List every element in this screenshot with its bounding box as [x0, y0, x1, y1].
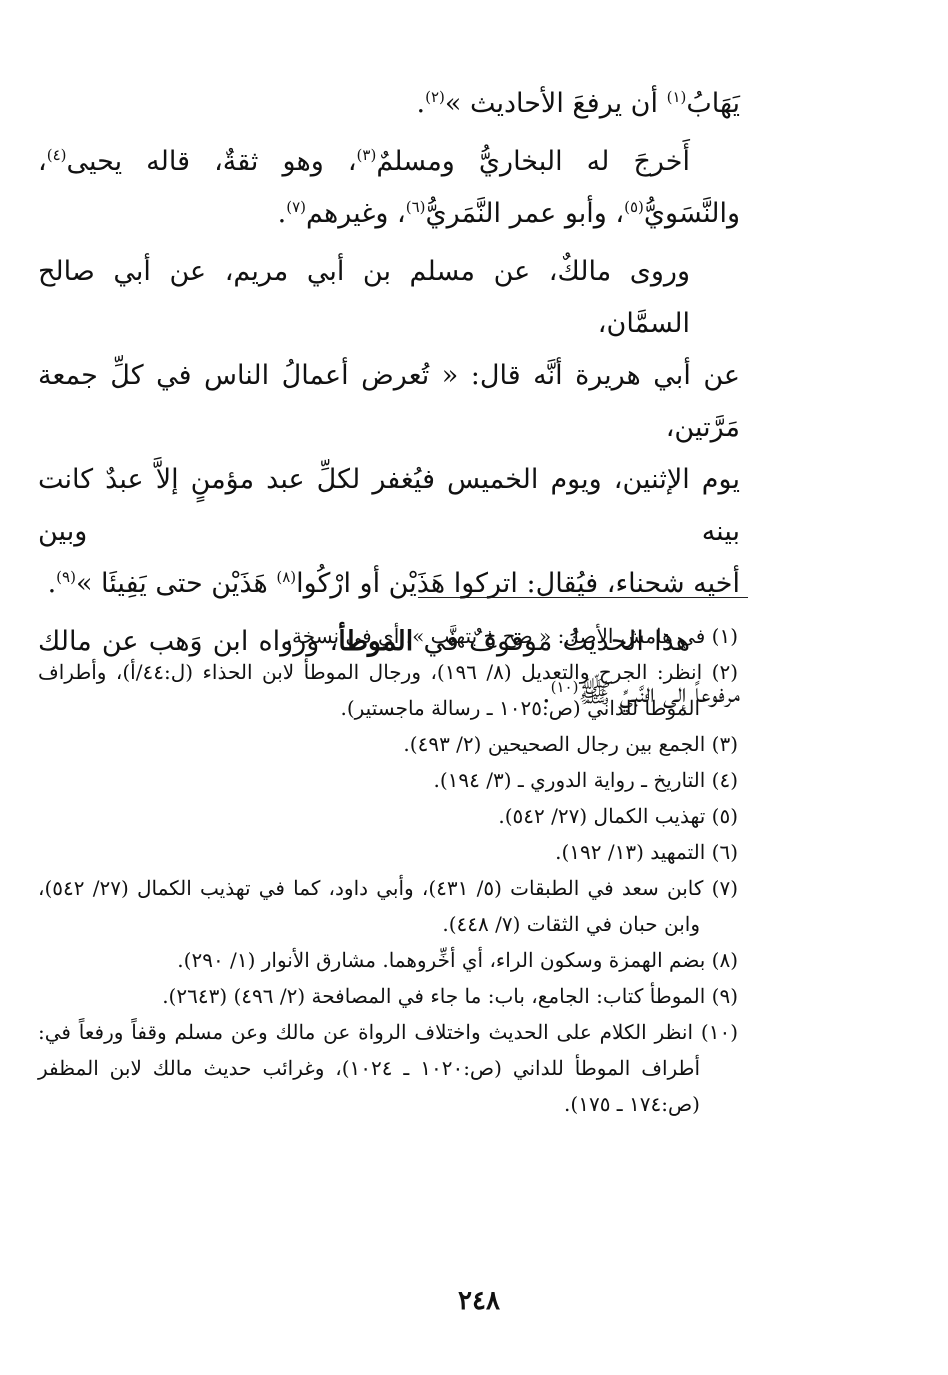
footnote-ref-6[interactable]: (٦)	[406, 198, 426, 216]
footnote-ref-2[interactable]: (٢)	[425, 88, 445, 106]
footnote-ref-3[interactable]: (٣)	[357, 146, 377, 164]
footnote-text: التمهيد (١٣/ ١٩٢).	[555, 840, 705, 864]
footnote-text: الجمع بين رجال الصحيحين (٢/ ٤٩٣).	[403, 732, 705, 756]
footnote-number: (٢)	[712, 660, 738, 684]
text-run: أَخرجَ له البخاريُّ ومسلمٌ	[376, 146, 690, 177]
footnote-number: (١٠)	[701, 1020, 738, 1044]
footnote-6: (٦) التمهيد (١٣/ ١٩٢).	[38, 834, 738, 870]
footnote-text: انظر: الجرح والتعديل (٨/ ١٩٦)، ورجال الم…	[38, 660, 702, 720]
footnote-number: (١)	[712, 624, 738, 648]
footnote-number: (٥)	[712, 804, 738, 828]
text-run: أن يرفعَ الأحاديث »	[445, 88, 667, 119]
footnote-text: الموطأ كتاب: الجامع، باب: ما جاء في المص…	[162, 984, 705, 1008]
footnote-text: التاريخ ـ رواية الدوري ـ (٣/ ١٩٤).	[433, 768, 705, 792]
text-run: عن أبي هريرة أنَّه قال: « تُعرض أعمالُ ا…	[38, 360, 740, 443]
text-line: أخيه شحناء، فيُقال: اتركوا هَذَيْن أو ار…	[38, 558, 740, 610]
text-run: .	[278, 198, 287, 229]
text-run: وروى مالكٌ، عن مسلم بن أبي مريم، عن أبي …	[38, 256, 690, 339]
text-line: يَهَابُ(١) أن يرفعَ الأحاديث »(٢).	[38, 78, 740, 130]
text-line: وروى مالكٌ، عن مسلم بن أبي مريم، عن أبي …	[38, 246, 740, 350]
paragraph-continuation: يَهَابُ(١) أن يرفعَ الأحاديث »(٢).	[38, 78, 740, 130]
text-run: ، وأبو عمر النَّمَريُّ	[426, 198, 625, 229]
paragraph-narrators: أَخرجَ له البخاريُّ ومسلمٌ(٣)، وهو ثقةٌ،…	[38, 136, 740, 240]
footnote-number: (٦)	[712, 840, 738, 864]
footnote-ref-4[interactable]: (٤)	[47, 146, 67, 164]
footnote-ref-7[interactable]: (٧)	[286, 198, 306, 216]
paragraph-hadith: وروى مالكٌ، عن مسلم بن أبي مريم، عن أبي …	[38, 246, 740, 610]
footnote-ref-5[interactable]: (٥)	[624, 198, 644, 216]
footnote-10: (١٠) انظر الكلام على الحديث واختلاف الرو…	[38, 1014, 738, 1122]
text-line: عن أبي هريرة أنَّه قال: « تُعرض أعمالُ ا…	[38, 350, 740, 454]
text-run: يوم الإثنين، ويوم الخميس فيُغفر لكلِّ عب…	[38, 464, 740, 547]
text-run: هَذَيْن حتى يَفِيئَا »	[76, 568, 276, 599]
footnote-1: (١) في هامش الأصل: « صح خ بتهيَّب »، أي …	[38, 618, 738, 654]
text-line: أَخرجَ له البخاريُّ ومسلمٌ(٣)، وهو ثقةٌ،…	[38, 136, 740, 188]
footnotes: (١) في هامش الأصل: « صح خ بتهيَّب »، أي …	[38, 618, 738, 1122]
text-run: ، وغيرهم	[306, 198, 406, 229]
footnote-5: (٥) تهذيب الكمال (٢٧/ ٥٤٢).	[38, 798, 738, 834]
footnote-number: (٩)	[712, 984, 738, 1008]
footnote-3: (٣) الجمع بين رجال الصحيحين (٢/ ٤٩٣).	[38, 726, 738, 762]
text-run: .	[48, 568, 57, 599]
footnote-separator	[418, 597, 748, 598]
text-run: ،	[38, 146, 47, 177]
text-run: والنَّسَويُّ	[644, 198, 740, 229]
footnote-number: (٣)	[712, 732, 738, 756]
footnote-ref-8[interactable]: (٨)	[276, 568, 296, 586]
text-run: أخيه شحناء، فيُقال: اتركوا هَذَيْن أو ار…	[296, 568, 740, 599]
footnote-text: في هامش الأصل: « صح خ بتهيَّب »، أي في ن…	[286, 624, 706, 648]
footnote-number: (٨)	[712, 948, 738, 972]
footnote-text: كابن سعد في الطبقات (٥/ ٤٣١)، وأبي داود،…	[38, 876, 703, 936]
page-number: ٢٤٨	[0, 1286, 948, 1316]
footnote-2: (٢) انظر: الجرح والتعديل (٨/ ١٩٦)، ورجال…	[38, 654, 738, 726]
footnote-number: (٤)	[712, 768, 738, 792]
text-run: ، وهو ثقةٌ، قاله يحيى	[67, 146, 357, 177]
text-line: والنَّسَويُّ(٥)، وأبو عمر النَّمَريُّ(٦)…	[38, 188, 740, 240]
footnote-8: (٨) بضم الهمزة وسكون الراء، أي أخِّروهما…	[38, 942, 738, 978]
book-page: يَهَابُ(١) أن يرفعَ الأحاديث »(٢). أَخرج…	[0, 0, 948, 1375]
footnote-7: (٧) كابن سعد في الطبقات (٥/ ٤٣١)، وأبي د…	[38, 870, 738, 942]
footnote-text: انظر الكلام على الحديث واختلاف الرواة عن…	[38, 1020, 700, 1116]
text-run: .	[416, 88, 425, 119]
text-run: يَهَابُ	[686, 88, 740, 119]
text-line: يوم الإثنين، ويوم الخميس فيُغفر لكلِّ عب…	[38, 454, 740, 558]
footnote-4: (٤) التاريخ ـ رواية الدوري ـ (٣/ ١٩٤).	[38, 762, 738, 798]
footnote-ref-9[interactable]: (٩)	[56, 568, 76, 586]
footnote-text: تهذيب الكمال (٢٧/ ٥٤٢).	[498, 804, 705, 828]
footnote-text: بضم الهمزة وسكون الراء، أي أخِّروهما. مش…	[177, 948, 705, 972]
footnote-9: (٩) الموطأ كتاب: الجامع، باب: ما جاء في …	[38, 978, 738, 1014]
footnote-number: (٧)	[712, 876, 738, 900]
footnote-ref-1[interactable]: (١)	[667, 88, 687, 106]
